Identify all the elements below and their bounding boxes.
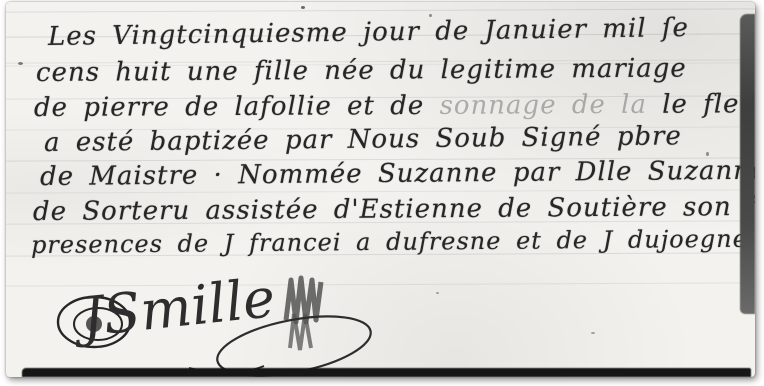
ink-speck	[18, 62, 23, 65]
ink-speck	[429, 14, 432, 17]
manuscript-line-4: a esté baptizée par Nous Soub Signé pbre	[44, 123, 682, 156]
scan-edge-right	[740, 14, 755, 314]
manuscript-line-2: cens huit une fille née du legitime mari…	[36, 55, 687, 86]
line-3-segment: de pierre de lafollie et de	[34, 91, 440, 123]
scan-edge-bottom	[22, 368, 751, 377]
manuscript-line-3: de pierre de lafollie et de sonnage de l…	[34, 90, 755, 121]
manuscript-line-7: presences de J francei a dufresne et de …	[31, 227, 748, 257]
ink-speck	[591, 332, 595, 334]
line-3-segment: le fleur de sa fe	[647, 88, 755, 119]
ink-speck	[301, 6, 305, 9]
priest-signature: JSmille	[54, 258, 384, 377]
scanned-register-page: Les Vingtcinquiesme jour de Januier mil …	[6, 2, 755, 377]
ink-speck	[436, 292, 439, 294]
ruled-line	[6, 8, 755, 12]
signature-text: JSmille	[69, 266, 278, 350]
line-3-faded-segment: sonnage de la	[439, 90, 647, 121]
manuscript-line-5: de Maistre · Nommée Suzanne par Dlle Suz…	[40, 158, 755, 190]
manuscript-line-6: de Sorteru assistée d'Estienne de Soutiè…	[33, 194, 755, 225]
manuscript-line-1: Les Vingtcinquiesme jour de Januier mil …	[48, 15, 689, 50]
ink-speck	[706, 152, 709, 156]
